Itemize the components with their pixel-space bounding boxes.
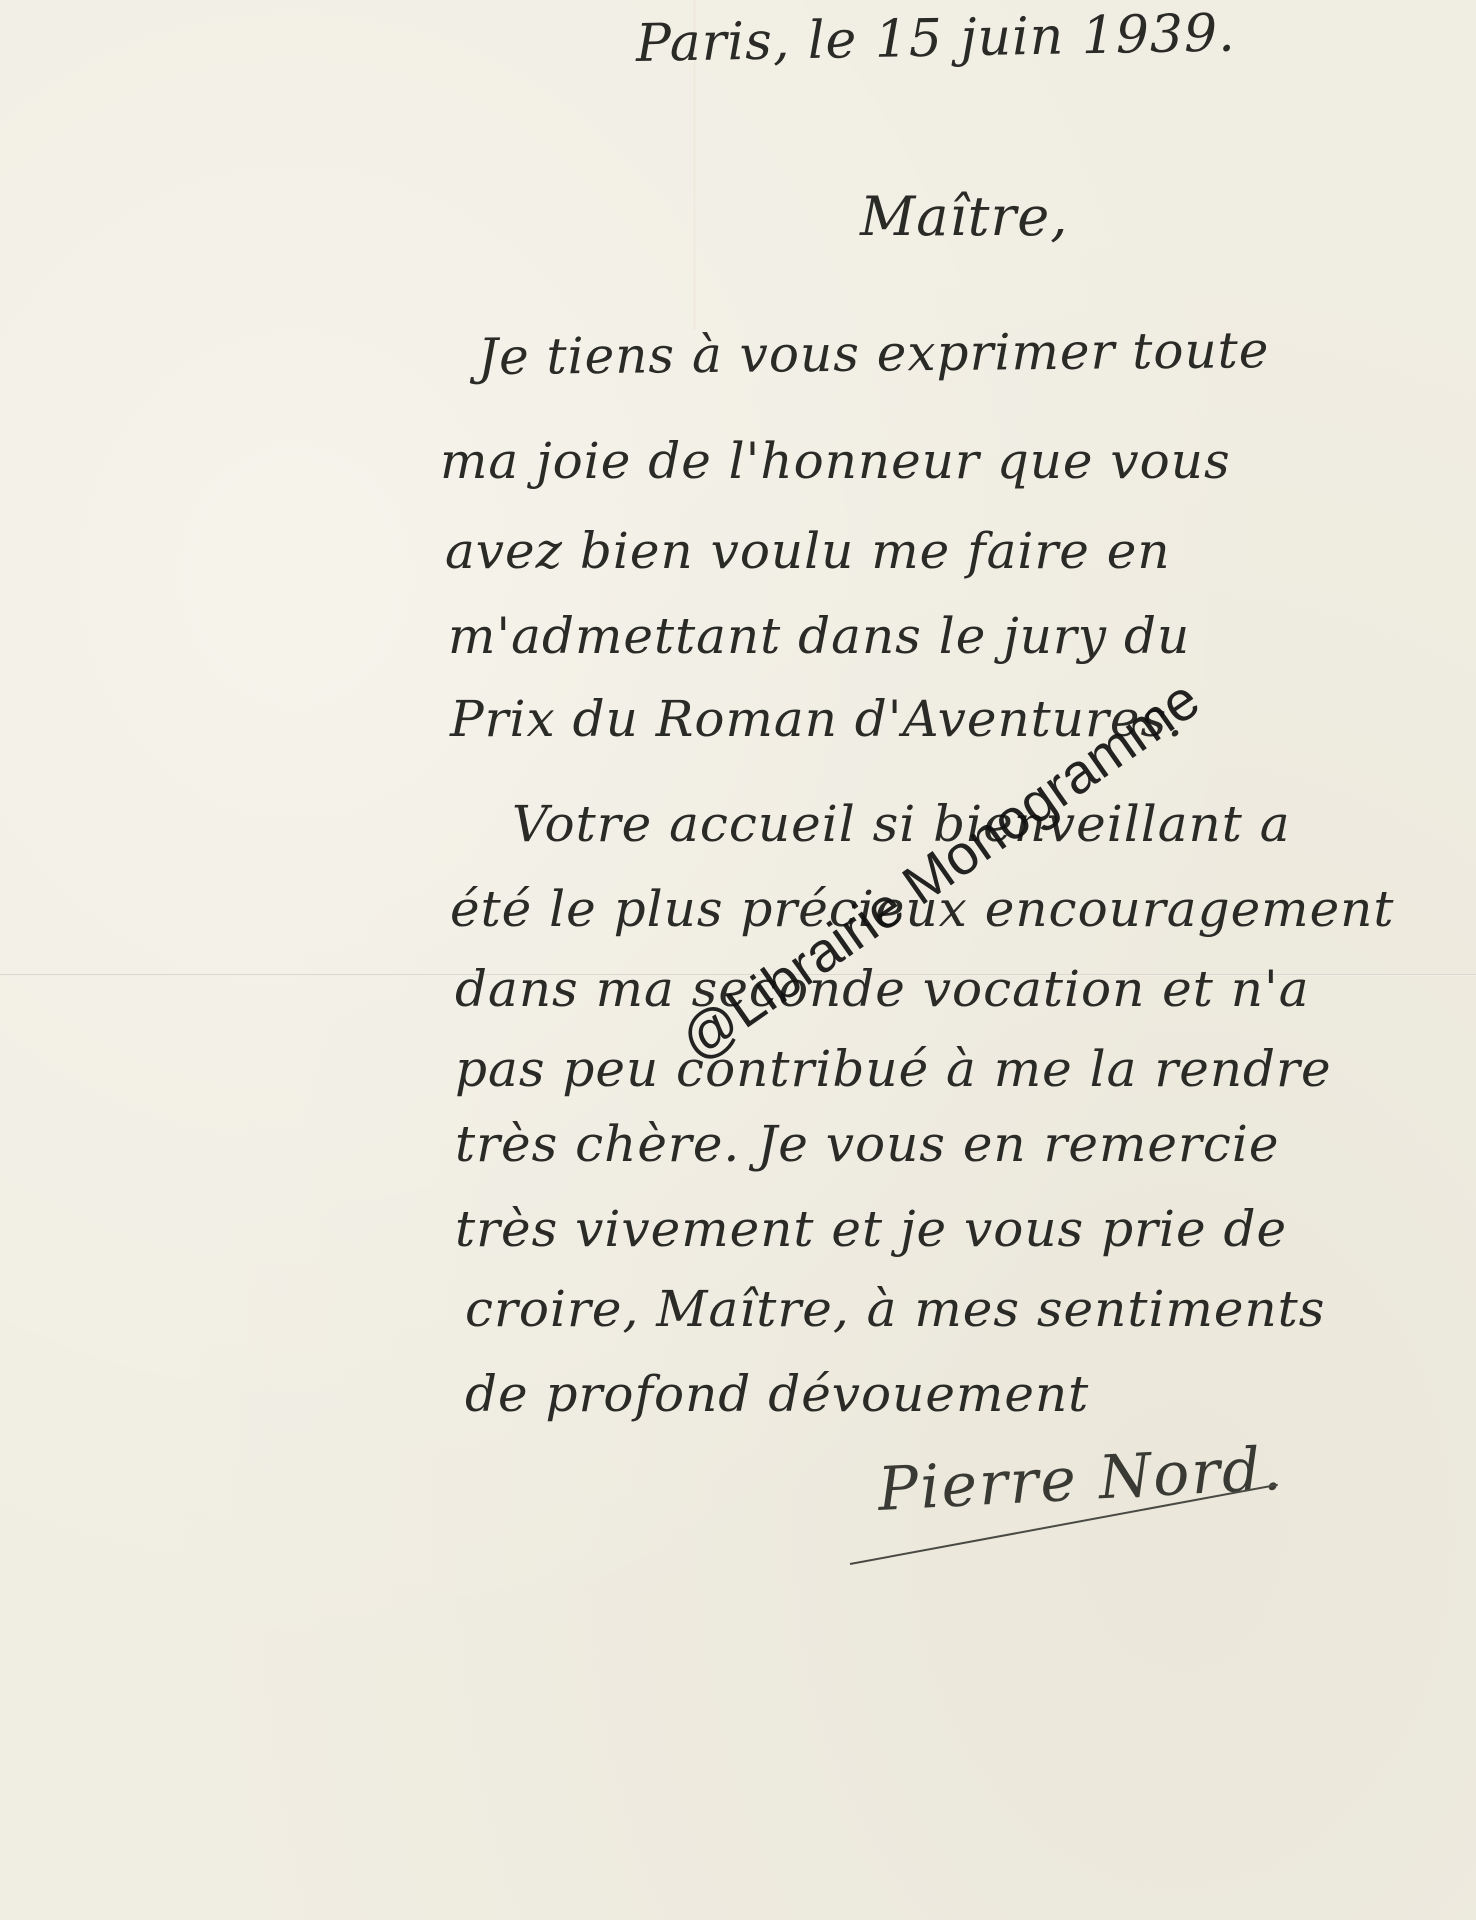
body-line: très chère. Je vous en remercie: [455, 1115, 1280, 1173]
letter-salutation: Maître,: [860, 185, 1068, 248]
body-line: très vivement et je vous prie de: [455, 1200, 1287, 1258]
body-line: m'admettant dans le jury du: [448, 607, 1190, 665]
body-line: ma joie de l'honneur que vous: [440, 432, 1231, 490]
letter-date: Paris, le 15 juin 1939.: [635, 4, 1236, 74]
body-line: avez bien voulu me faire en: [445, 522, 1171, 580]
body-line: Je tiens à vous exprimer toute: [478, 321, 1270, 386]
body-line: dans ma seconde vocation et n'a: [455, 960, 1310, 1018]
body-line: croire, Maître, à mes sentiments: [465, 1280, 1325, 1338]
body-line: pas peu contribué à me la rendre: [455, 1040, 1332, 1098]
body-line: Votre accueil si bienveillant a: [512, 795, 1291, 853]
body-line: de profond dévouement: [465, 1365, 1089, 1423]
